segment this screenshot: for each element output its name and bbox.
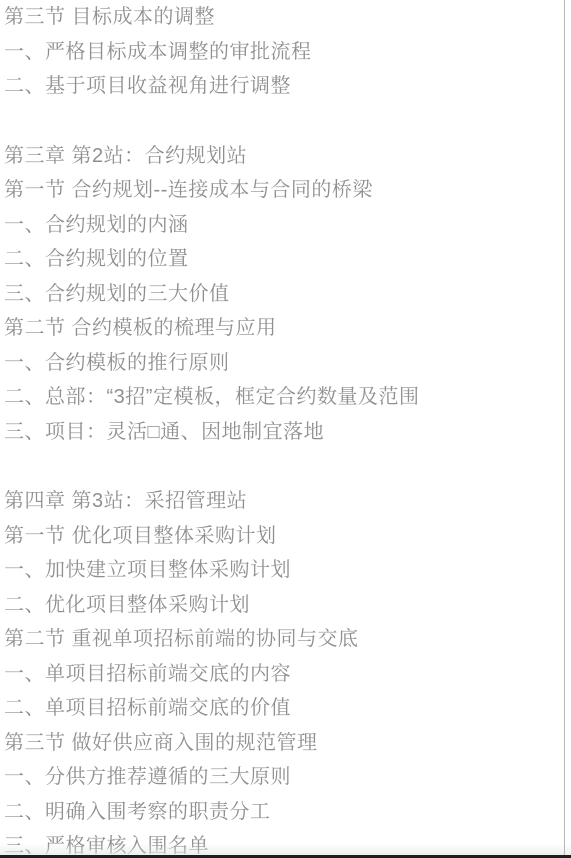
toc-line: 一、分供方推荐遵循的三大原则: [4, 760, 564, 795]
toc-line: 第三章 第2站：合约规划站: [4, 139, 564, 174]
toc-line: 第二节 重视单项招标前端的协同与交底: [4, 622, 564, 657]
toc-line: 三、项目：灵活□通、因地制宜落地: [4, 415, 564, 450]
toc-line: 三、合约规划的三大价值: [4, 277, 564, 312]
toc-group: 第三节 目标成本的调整一、严格目标成本调整的审批流程二、基于项目收益视角进行调整: [4, 0, 564, 104]
toc-group: 第四章 第3站：采招管理站第一节 优化项目整体采购计划一、加快建立项目整体采购计…: [4, 484, 564, 858]
toc-line: 第三节 目标成本的调整: [4, 0, 564, 35]
toc-line: 一、加快建立项目整体采购计划: [4, 553, 564, 588]
table-of-contents: 第三节 目标成本的调整一、严格目标成本调整的审批流程二、基于项目收益视角进行调整…: [0, 0, 564, 858]
toc-line: 二、单项目招标前端交底的价值: [4, 691, 564, 726]
toc-line: 第二节 合约模板的梳理与应用: [4, 311, 564, 346]
toc-line: 二、合约规划的位置: [4, 242, 564, 277]
right-border-line: [564, 0, 565, 858]
toc-group: 第三章 第2站：合约规划站第一节 合约规划--连接成本与合同的桥梁一、合约规划的…: [4, 139, 564, 450]
toc-line: 一、单项目招标前端交底的内容: [4, 657, 564, 692]
toc-line: 第一节 合约规划--连接成本与合同的桥梁: [4, 173, 564, 208]
toc-line: 第三节 做好供应商入围的规范管理: [4, 726, 564, 761]
toc-line: 二、优化项目整体采购计划: [4, 588, 564, 623]
toc-line: 一、合约规划的内涵: [4, 208, 564, 243]
toc-line: 三、严格审核入围名单: [4, 829, 564, 858]
toc-line: 第四章 第3站：采招管理站: [4, 484, 564, 519]
toc-line: 一、严格目标成本调整的审批流程: [4, 35, 564, 70]
toc-line: 二、总部：“3招”定模板，框定合约数量及范围: [4, 380, 564, 415]
toc-line: 一、合约模板的推行原则: [4, 346, 564, 381]
toc-line: 二、明确入围考察的职责分工: [4, 795, 564, 830]
toc-line: 二、基于项目收益视角进行调整: [4, 69, 564, 104]
toc-line: 第一节 优化项目整体采购计划: [4, 519, 564, 554]
